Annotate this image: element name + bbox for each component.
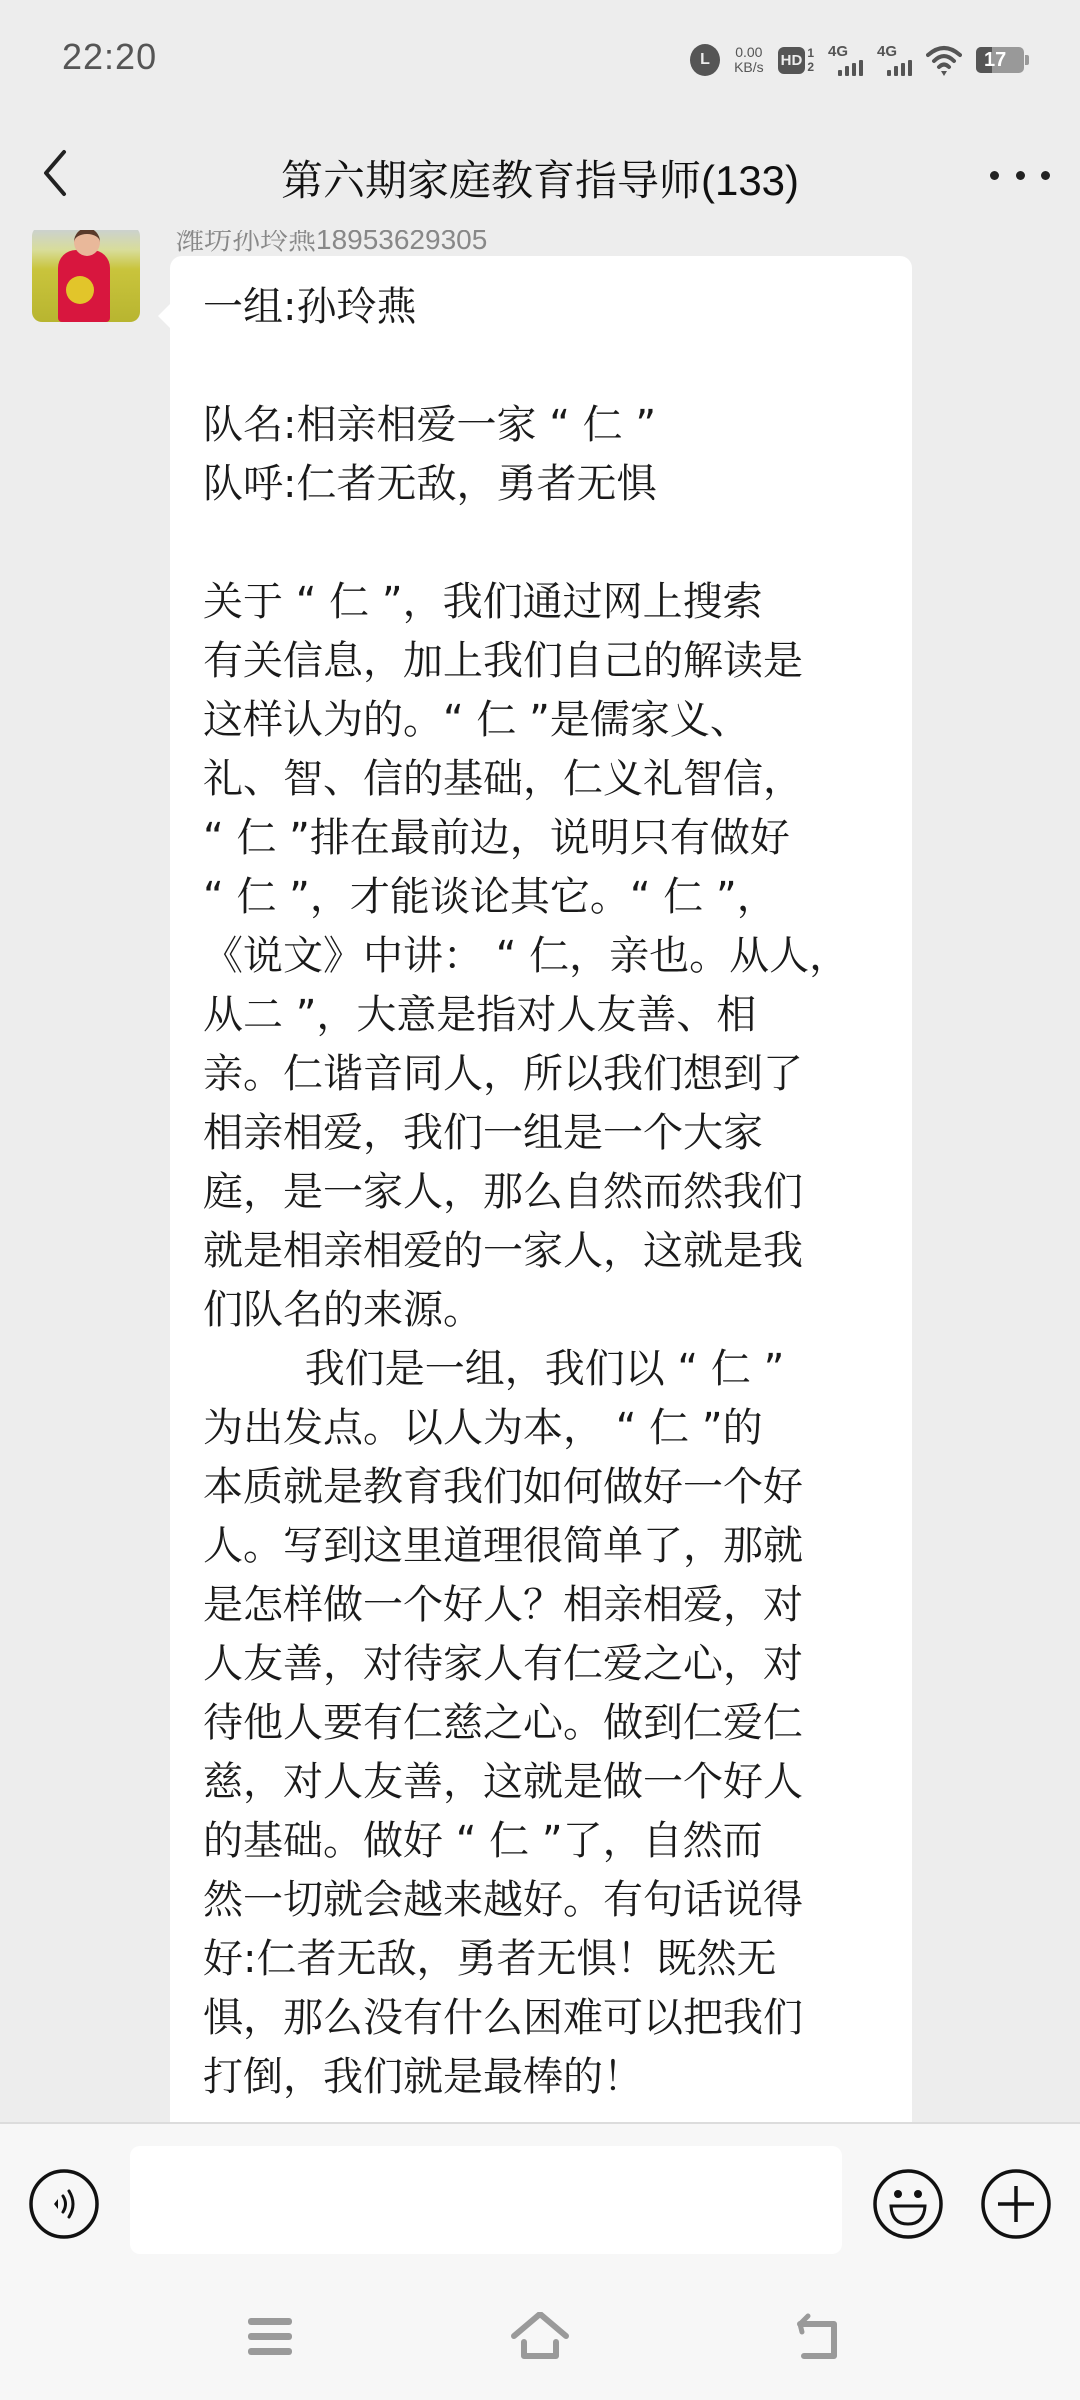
message-line: 人。写到这里道理很简单了，那就 bbox=[203, 1517, 879, 1576]
message-line: 从二 ”，大意是指对人友善、相 bbox=[203, 986, 879, 1045]
message-line: 相亲相爱，我们一组是一个大家 bbox=[203, 1104, 879, 1163]
net-speed-value: 0.00 bbox=[735, 45, 762, 60]
message-line: 为出发点。以人为本， “ 仁 ”的 bbox=[203, 1399, 879, 1458]
net-speed-unit: KB/s bbox=[734, 60, 764, 75]
message-line: 慈，对人友善，这就是做一个好人 bbox=[203, 1753, 879, 1812]
message-line: 一组:孙玲燕 bbox=[203, 278, 879, 337]
voice-icon[interactable] bbox=[28, 2168, 100, 2240]
message-line: 本质就是教育我们如何做好一个好 bbox=[203, 1458, 879, 1517]
back-icon[interactable] bbox=[790, 2312, 850, 2362]
chat-header: 第六期家庭教育指导师(133) bbox=[0, 120, 1080, 230]
system-navigation bbox=[0, 2272, 1080, 2400]
message-line: 人友善，对待家人有仁爱之心，对 bbox=[203, 1635, 879, 1694]
chat-title: 第六期家庭教育指导师(133) bbox=[0, 148, 1080, 208]
battery-icon: 17 bbox=[976, 47, 1024, 73]
message-line: 队呼:仁者无敌，勇者无惧 bbox=[203, 455, 879, 514]
alarm-icon: L bbox=[690, 44, 720, 76]
signal-4g-icon: 4G bbox=[877, 44, 912, 76]
network-speed: 0.00 KB/s bbox=[734, 45, 764, 75]
message-line: 《说文》中讲： “ 仁，亲也。从人， bbox=[203, 927, 879, 986]
message-line: 庭，是一家人，那么自然而然我们 bbox=[203, 1163, 879, 1222]
message-line: 这样认为的。“ 仁 ”是儒家义、 bbox=[203, 691, 879, 750]
message-line: 关于 “ 仁 ”，我们通过网上搜索 bbox=[203, 573, 879, 632]
message-line: 亲。仁谐音同人，所以我们想到了 bbox=[203, 1045, 879, 1104]
wifi-icon bbox=[926, 43, 962, 77]
status-bar: 22:20 L 0.00 KB/s HD 1 2 4G 4G bbox=[0, 0, 1080, 120]
hd-volte-icon: HD 1 2 bbox=[778, 46, 814, 74]
menu-icon[interactable] bbox=[240, 2312, 300, 2362]
more-dots-icon[interactable] bbox=[990, 155, 1050, 195]
message-line bbox=[203, 337, 879, 396]
message-bubble[interactable]: 一组:孙玲燕 队名:相亲相爱一家 “ 仁 ” 队呼:仁者无敌，勇者无惧 关于 “… bbox=[170, 256, 912, 2122]
hd-sim-top: 1 bbox=[807, 46, 814, 60]
status-time: 22:20 bbox=[62, 36, 157, 78]
signal-4g-icon: 4G bbox=[828, 44, 863, 76]
message-line bbox=[203, 514, 879, 573]
battery-level: 17 bbox=[984, 49, 1006, 72]
message-input[interactable] bbox=[130, 2146, 842, 2254]
plus-icon[interactable] bbox=[980, 2168, 1052, 2240]
message-line: 然一切就会越来越好。有句话说得 bbox=[203, 1871, 879, 1930]
message-line: 惧，那么没有什么困难可以把我们 bbox=[203, 1989, 879, 2048]
message-line: 我们是一组，我们以 “ 仁 ” bbox=[203, 1340, 879, 1399]
message-line: 队名:相亲相爱一家 “ 仁 ” bbox=[203, 396, 879, 455]
hd-label: HD bbox=[778, 47, 806, 74]
message-line: 有关信息，加上我们自己的解读是 bbox=[203, 632, 879, 691]
message-line: 是怎样做一个好人？相亲相爱，对 bbox=[203, 1576, 879, 1635]
signal2-label: 4G bbox=[877, 44, 897, 60]
message-line: 们队名的来源。 bbox=[203, 1281, 879, 1340]
status-icons: L 0.00 KB/s HD 1 2 4G 4G 17 bbox=[690, 38, 1024, 82]
emoji-icon[interactable] bbox=[872, 2168, 944, 2240]
chat-messages[interactable]: 潍坊孙玲燕18953629305 一组:孙玲燕 队名:相亲相爱一家 “ 仁 ” … bbox=[0, 230, 1080, 2122]
message-line: 的基础。做好 “ 仁 ”了，自然而 bbox=[203, 1812, 879, 1871]
message-line: 礼、智、信的基础，仁义礼智信， bbox=[203, 750, 879, 809]
message-line: “ 仁 ”，才能谈论其它。“ 仁 ”， bbox=[203, 868, 879, 927]
message-line: “ 仁 ”排在最前边，说明只有做好 bbox=[203, 809, 879, 868]
message-line: 好:仁者无敌，勇者无惧！既然无 bbox=[203, 1930, 879, 1989]
signal1-label: 4G bbox=[828, 44, 848, 60]
avatar[interactable] bbox=[32, 230, 140, 322]
message-line: 打倒，我们就是最棒的！ bbox=[203, 2048, 879, 2107]
sender-name: 潍坊孙玲燕18953629305 bbox=[176, 230, 487, 258]
input-bar bbox=[0, 2122, 1080, 2274]
hd-sim-bottom: 2 bbox=[807, 60, 814, 74]
home-icon[interactable] bbox=[510, 2312, 570, 2362]
message-line: 就是相亲相爱的一家人，这就是我 bbox=[203, 1222, 879, 1281]
message-line: 待他人要有仁慈之心。做到仁爱仁 bbox=[203, 1694, 879, 1753]
